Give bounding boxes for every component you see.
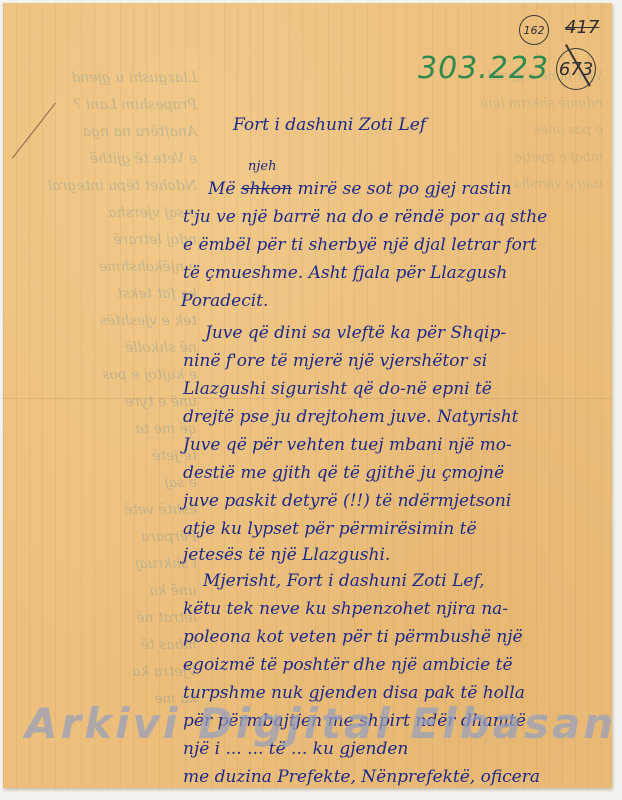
letter-line: destië me gjith që të gjithë ju çmojnë: [183, 463, 504, 483]
salutation: Fort i dashuni Zoti Lef: [233, 115, 426, 135]
letter-line: t'ju ve një barrë na do e rëndë por aq s…: [183, 207, 547, 227]
letter-line: juve paskit detyrë (!!) të ndërmjetsoni: [183, 491, 511, 511]
archive-watermark: Arkivi Digjital Elbasan: [25, 699, 616, 748]
struck-word: shkon: [241, 179, 292, 199]
letter-line: e ëmbël për ti sherbyë një djal letrar f…: [183, 235, 537, 255]
line-text: Më: [208, 179, 241, 199]
letter-line: drejtë pse ju drejtohem juve. Natyrisht: [183, 407, 518, 427]
letter-line: jetesës të një Llazgushi.: [183, 545, 390, 565]
letter-line: Poradecit.: [181, 291, 268, 311]
letter-line: me duzina Prefekte, Nënprefektë, oficera: [183, 767, 540, 787]
inserted-word: njeh: [248, 159, 276, 174]
struck-folio-number: 417: [565, 17, 599, 38]
bleed-through-text-left: Llazgushi u gjend Prapeshim Lani ? Anaft…: [17, 65, 197, 713]
letter-line: këtu tek neve ku shpenzohet njira na-: [183, 599, 508, 619]
letter-line: Më shkon mirë se sot po gjej rastin: [208, 179, 512, 199]
letter-line: Juve që për vehten tuej mbani një mo-: [183, 435, 512, 455]
letter-line: Llazgushi sigurisht që do-në epni të: [183, 379, 492, 399]
circled-page-number: 162: [519, 15, 549, 45]
line-text: mirë se sot po gjej rastin: [292, 179, 512, 199]
letter-line: ninë f'ore të mjerë një vjershëtor si: [183, 351, 487, 371]
letter-page: Llazgushi u gjend Prapeshim Lani ? Anaft…: [3, 3, 612, 788]
letter-line: poleona kot veten për ti përmbushë një: [183, 627, 523, 647]
letter-line: Juve që dini sa vleftë ka për Shqip-: [205, 323, 506, 343]
letter-line: atje ku lypset për përmirësimin të: [183, 519, 477, 539]
letter-line: Mjerisht, Fort i dashuni Zoti Lef,: [203, 571, 485, 591]
letter-line: të çmueshme. Asht fjala për Llazgush: [183, 263, 507, 283]
letter-line: egoizmë të poshtër dhe një ambicie të: [183, 655, 513, 675]
archive-number: 303.223: [418, 51, 549, 86]
